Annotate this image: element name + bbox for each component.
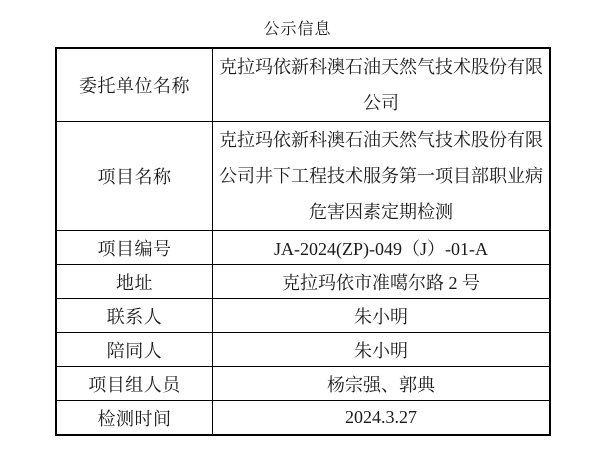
table-row: 项目编号 JA-2024(ZP)-049（J）-01-A [56,231,550,265]
row-value: 朱小明 [213,299,551,333]
row-label: 联系人 [56,299,213,333]
row-value: 朱小明 [213,333,551,367]
row-label: 检测时间 [56,401,213,436]
row-label: 项目组人员 [56,367,213,401]
row-label: 地址 [56,265,213,299]
table-row: 项目组人员 杨宗强、郭典 [56,367,550,401]
row-value: 2024.3.27 [213,401,551,436]
row-label: 陪同人 [56,333,213,367]
page-title: 公示信息 [0,16,595,39]
row-label: 项目名称 [56,122,213,231]
row-value: 杨宗强、郭典 [213,367,551,401]
table-row: 地址 克拉玛依市准噶尔路 2 号 [56,265,550,299]
info-table: 委托单位名称 克拉玛依新科澳石油天然气技术股份有限公司 项目名称 克拉玛依新科澳… [55,47,551,436]
row-value: 克拉玛依新科澳石油天然气技术股份有限公司井下工程技术服务第一项目部职业病危害因素… [213,122,551,231]
table-row: 委托单位名称 克拉玛依新科澳石油天然气技术股份有限公司 [56,48,550,122]
table-row: 检测时间 2024.3.27 [56,401,550,436]
row-value: 克拉玛依市准噶尔路 2 号 [213,265,551,299]
table-row: 陪同人 朱小明 [56,333,550,367]
row-value: JA-2024(ZP)-049（J）-01-A [213,231,551,265]
table-row: 联系人 朱小明 [56,299,550,333]
row-label: 委托单位名称 [56,48,213,122]
row-label: 项目编号 [56,231,213,265]
document-page: 公示信息 委托单位名称 克拉玛依新科澳石油天然气技术股份有限公司 项目名称 克拉… [0,0,600,457]
table-row: 项目名称 克拉玛依新科澳石油天然气技术股份有限公司井下工程技术服务第一项目部职业… [56,122,550,231]
row-value: 克拉玛依新科澳石油天然气技术股份有限公司 [213,48,551,122]
